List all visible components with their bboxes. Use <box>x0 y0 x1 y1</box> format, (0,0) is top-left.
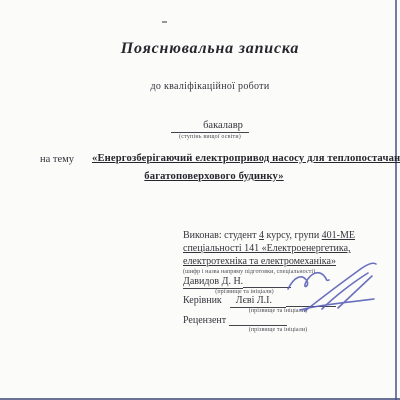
executor-name-line: Давидов Д. Н. <box>183 276 291 288</box>
degree-block: бакалавр (ступінь вищої освіти) <box>20 115 400 140</box>
reviewer-label: Рецензент <box>183 315 226 326</box>
executor-group: 401-МЕ <box>322 230 355 241</box>
reviewer-signature-line <box>229 314 287 326</box>
signatures-layer <box>0 0 400 400</box>
executor-signature-line <box>243 276 291 288</box>
reviewer-line: Рецензент <box>183 314 287 326</box>
topic-line2-text: багатоповерхового будинку» <box>144 171 283 182</box>
degree-value: бакалавр <box>171 120 249 133</box>
topic-line2: багатоповерхового будинку» <box>28 171 400 182</box>
supervisor-label: Керівник <box>183 295 222 306</box>
executor-prefix: Виконав: студент <box>183 230 259 241</box>
topic-label: на тему <box>40 154 74 165</box>
degree-caption: (ступінь вищої освіти) <box>20 134 400 140</box>
executor-name: Давидов Д. Н. <box>183 276 243 289</box>
topic-line1: «Енергозберігаючий електропривод насосу … <box>92 153 400 164</box>
specialty-caption: (шифр і назва напряму підготовки, спеціа… <box>183 269 315 275</box>
page-subtitle: до кваліфікаційної роботи <box>20 81 400 92</box>
page-title: Пояснювальна записка <box>20 40 400 58</box>
specialty-line1: спеціальності 141 «Електроенергетика, <box>183 243 351 254</box>
scanned-title-page: Пояснювальна записка до кваліфікаційної … <box>0 0 400 400</box>
scan-edge-right <box>395 0 397 400</box>
executor-signature-ink <box>288 273 329 289</box>
reviewer-caption: (прізвище та ініціали) <box>245 327 311 333</box>
executor-line: Виконав: студент 4 курсу, групи 401-МЕ <box>183 230 355 241</box>
specialty-line2: електротехніка та електромеханіка» <box>183 256 336 267</box>
executor-middle: курсу, групи <box>264 230 322 241</box>
supervisor-signature-line <box>286 295 336 307</box>
supervisor-name: Лєві Л.І. <box>230 295 286 308</box>
supervisor-line: КерівникЛєві Л.І. <box>183 295 336 307</box>
scan-speck <box>162 21 167 23</box>
